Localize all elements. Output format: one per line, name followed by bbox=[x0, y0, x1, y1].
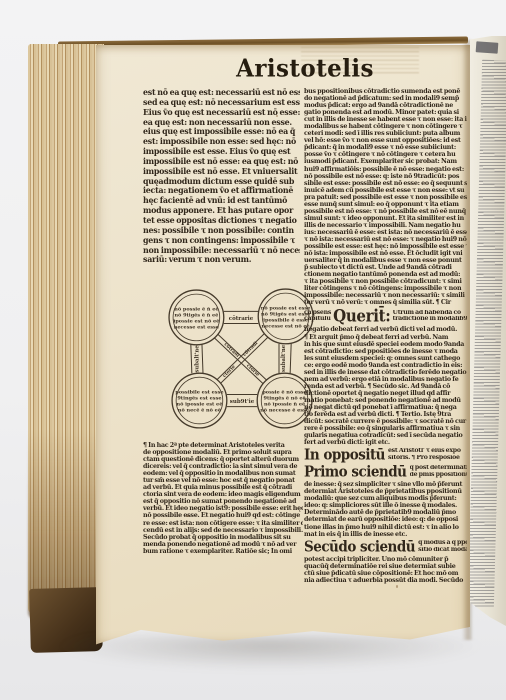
right-column: bus ppositionibus cōtradictio sumenda es… bbox=[304, 88, 467, 584]
text-line: tur sm̄ esse vel nō esse: hoc est q̄ neg… bbox=[143, 477, 303, 484]
photo-background: Aristotelis est nō ea quę est: necessari… bbox=[0, 0, 506, 700]
text-line: mat̄ in eis q̄ in illis de inesse etc. bbox=[304, 531, 467, 538]
text-line: les sunt eiusdem speciei: q: omnes sunt … bbox=[304, 355, 467, 362]
text-line: inuicē adem cū possibile est esse τ non … bbox=[304, 187, 467, 194]
text-line: nes: possibile τ non possibile: contin bbox=[143, 226, 300, 236]
text-line: gatio ponenda est ad modū. Minor patet: … bbox=[304, 109, 467, 116]
text-line: posse v̄o τ cōtingere τ nō cōtingere τ c… bbox=[304, 151, 467, 158]
left-column: est nō ea quę est: necessariū est nō ess… bbox=[143, 88, 300, 265]
label-contradictorie: ctorie bbox=[222, 364, 237, 379]
facing-page-header-fragment bbox=[476, 41, 499, 54]
text-line: possibile est nō esse: τ nō possibile es… bbox=[304, 208, 467, 215]
text-line: sitoris. ¶ Pro respōsiōe bbox=[388, 455, 461, 462]
text-line: gens τ non contingens: impossibile τ bbox=[143, 236, 300, 246]
text-line: pra patuit: sed possibile est esse τ non… bbox=[304, 194, 467, 201]
running-title: Aristotelis bbox=[143, 54, 467, 82]
label-contradictorie: cōtradi bbox=[242, 340, 260, 357]
text-line: liter cōtingens τ nō cōtingens: impossib… bbox=[304, 285, 467, 292]
text-line: Eius v̄o quę est necessariū est nō esse: bbox=[143, 108, 300, 118]
label-contradictorie: ctorie bbox=[245, 363, 260, 378]
book-page: Aristotelis est nō ea quę est: necessari… bbox=[96, 45, 470, 648]
text-line: ca p̄sens bbox=[304, 310, 331, 317]
text-line: modus apponere. Et has putare opor bbox=[143, 206, 300, 216]
text-line: eodem: vel q̄ oppositio in modalibus non… bbox=[143, 470, 303, 477]
left-column-text: est nō ea quę est: necessariū est nō ess… bbox=[143, 88, 300, 265]
circle-text: nō necesse ē esse bbox=[260, 408, 309, 414]
text-line: esse nunq̄ sunt simul: eo q̄ opponunt̄ τ… bbox=[304, 201, 467, 208]
circle-text: necesse est nō eē bbox=[261, 324, 309, 330]
text-line: vel hō: esse v̄o τ non esse sunt opposit… bbox=[304, 137, 467, 144]
text-line: determīat Aristoteles de p̄prietatibus p… bbox=[304, 488, 467, 495]
text-line: possibile est esse: est hęc: nō impossib… bbox=[304, 243, 467, 250]
text-line: hui9 affirmatiōis: possibile ē nō esse: … bbox=[304, 166, 467, 173]
text-line: do negationē ad p̄dicatum: sed in modali… bbox=[304, 95, 467, 102]
text-line: negatio debeat ferri ad verbū dicti vel … bbox=[304, 326, 467, 333]
text-line: potest accipi tripliciter. Uno mō cōmuni… bbox=[304, 556, 467, 563]
text-line: est q̄ oppositio nō sumat̄ ponendo negat… bbox=[143, 498, 303, 505]
text-line: Utrum ad habendā cō bbox=[393, 310, 467, 317]
text-line: nem ad verbū: ergo etiā in modalibus neg… bbox=[304, 376, 467, 383]
secundo-sciendum-heading: Secūdo sciendū q̄ modus a q̄ ppo sitio d… bbox=[304, 539, 467, 555]
text-line: nō possibile esse. Et negatio hui9 qd es… bbox=[143, 512, 303, 519]
text-line: in his que sunt eiusdē speciei eodem mod… bbox=[304, 341, 467, 348]
text-line: sitio dicat̄ modalis bbox=[418, 547, 467, 554]
text-line: dicereis: vel q̄ contradictio: ia sint s… bbox=[143, 463, 303, 470]
text-line: est Aristotl' τ eius expo bbox=[388, 448, 461, 455]
text-line: hęc facientē ad vnū: id est tantūmō bbox=[143, 196, 300, 206]
text-line: p̄ subiecto vt dictū est. Unde ad 9andā … bbox=[304, 264, 467, 271]
subalterne-band-left bbox=[191, 345, 192, 373]
text-line: sibile est esse: possibile est nō esse: … bbox=[304, 180, 467, 187]
book-shadow bbox=[55, 636, 485, 670]
text-line: impossibile est esse. Eius v̄o quę est bbox=[143, 147, 300, 157]
text-line: τ ita possibile τ non possibile cōtradic… bbox=[304, 278, 467, 285]
page-content: Aristotelis est nō ea quę est: necessari… bbox=[143, 55, 467, 615]
quaeritur-side-left: ca p̄sens capitulū bbox=[304, 310, 331, 324]
text-line: modalibus se habent cōtingere τ non cōti… bbox=[304, 123, 467, 130]
text-line: ¶ In hac 2ª pte determinat Aristoteles v… bbox=[143, 442, 303, 449]
label-subalterne-left: subalt'ne bbox=[194, 345, 200, 373]
text-line: tradictionē in modalib9 bbox=[393, 316, 467, 323]
quaeritur-section: ca p̄sens capitulū Querit̄: Utrum ad hab… bbox=[304, 307, 467, 325]
text-line: sed in illis de inesse dat̄ cōtradictio … bbox=[304, 369, 467, 376]
right-column-secundo-text: potest accipi tripliciter. Uno mō cōmuni… bbox=[304, 556, 467, 584]
heading-side-text: est Aristotl' τ eius expo sitoris. ¶ Pro… bbox=[388, 448, 461, 462]
text-line: ctam questionē dicens: q̄ oportet alterū… bbox=[143, 456, 303, 463]
text-line: Secūdo probat q̄ oppositio in modalibus … bbox=[143, 534, 303, 541]
text-line: quacūq̄ determinatiōe rei siue determīat… bbox=[304, 563, 467, 570]
right-column-paragraph-1: bus ppositionibus cōtradictio sumenda es… bbox=[304, 88, 467, 306]
text-line: modus p̄dicat̄: ergo ad 9andā cōtradicti… bbox=[304, 102, 467, 109]
text-line: matio ponebat: sed ponendo negationē ad … bbox=[304, 397, 467, 404]
text-line: capitulū bbox=[304, 316, 331, 323]
text-line: non impossibile: necessariū τ nō neces bbox=[143, 246, 300, 256]
text-line: nō possibile est nō esse: q: iste nō 9tr… bbox=[304, 173, 467, 180]
in-oppositum-heading: In oppositū est Aristotl' τ eius expo si… bbox=[304, 447, 467, 463]
text-line: ctoria sint vera de eodem: ideo magis el… bbox=[143, 491, 303, 498]
text-line: nia adiectiua τ aduerbia possūt dia modi… bbox=[304, 577, 467, 584]
text-line: tio ferēda est ad verbū dicti. ¶ Tertio.… bbox=[304, 411, 467, 418]
text-line: re esse: est ista: non cōtigere esse: τ … bbox=[143, 520, 303, 527]
label-contrarie: cōtrarie bbox=[229, 316, 254, 322]
right-column-arguments: negatio debeat ferri ad verbū dicti vel … bbox=[304, 326, 467, 446]
quaeritur-side-right: Utrum ad habendā cō tradictionē in modal… bbox=[393, 310, 467, 324]
text-line: menda ponendo negationē ad modū τ nō ad … bbox=[143, 541, 303, 548]
quaeritur-initial-word: Querit̄: bbox=[333, 307, 390, 327]
text-line: ceteri modi: sed ī illis res subiiciunt̄… bbox=[304, 130, 467, 137]
text-line: tione illas in p̄mo hui9 nihil dictū est… bbox=[304, 524, 467, 531]
text-line: p̄dicant̄: q̄ in modali9 esse τ nō esse … bbox=[304, 144, 467, 151]
facing-page-text bbox=[468, 60, 506, 608]
text-line: nō ista: impossibile est nō esse. Et ōcl… bbox=[304, 250, 467, 257]
text-line: ea quę est: non necessariū non esse. bbox=[143, 118, 300, 128]
text-line: iusmodi p̄dicant̄. Exemplariter sic prob… bbox=[304, 158, 467, 165]
circle-text: necesse est esse bbox=[174, 325, 219, 331]
primo-sciendum-heading: Primo sciendū q̄ post determinatiōē de p… bbox=[304, 464, 467, 480]
text-line: dicūt: socratē currere ē possibile: τ so… bbox=[304, 418, 467, 425]
text-line: impossibile est nō esse. Et vniuersalit̄ bbox=[143, 167, 300, 177]
heading-word: In oppositū bbox=[304, 446, 385, 464]
text-line: verbū. Et ideo negatio ist9: possibile e… bbox=[143, 505, 303, 512]
text-line: est: impossibile non esse: sed hęc: nō bbox=[143, 137, 300, 147]
text-line: dictionē oportet q̄ negatio neget illud … bbox=[304, 390, 467, 397]
text-line: cut in illis de inesse se habent esse τ … bbox=[304, 116, 467, 123]
text-line: determīat de earū oppositiōe: ideo: q: d… bbox=[304, 516, 467, 523]
text-line: ideo: q: simpliciores sūt ille ō inesse … bbox=[304, 502, 467, 509]
text-line: impossibile: necessariū τ non necessariū… bbox=[304, 292, 467, 299]
square-of-opposition-diagram: cōtrarie sub9t'ie subalt'ne subalt'ne cō… bbox=[153, 286, 329, 436]
text-line: iecta: negationem v̄o et affirmationē bbox=[143, 186, 300, 196]
text-line: uersaliter q̄ in modalibus esse τ non es… bbox=[304, 257, 467, 264]
text-line: impossibile est nō esse: ea quę est: nō bbox=[143, 157, 300, 167]
text-line: simul sunt: τ ideo opponunt̄. Et ita sim… bbox=[304, 215, 467, 222]
heading-word: Primo sciendū bbox=[304, 463, 407, 481]
text-line: sed ea quę est: nō necessarium est esse. bbox=[143, 98, 300, 108]
text-line: ce: ergo eodē modo 9anda est contradicti… bbox=[304, 362, 467, 369]
heading-side-text: q̄ post determinatiōē de p̄mis pposition… bbox=[410, 465, 468, 479]
text-line: illis de necessario τ impossibili. Nam n… bbox=[304, 222, 467, 229]
text-line: eius quę est impossibile esse: nō ea q̄ bbox=[143, 127, 300, 137]
text-line: de p̄mis ppositionū bbox=[410, 472, 468, 479]
text-line: modaliū: que sez cum aliquibus modis p̄f… bbox=[304, 495, 467, 502]
text-line: ctionem negatio tantūmō ponenda est ad m… bbox=[304, 271, 467, 278]
text-line: gularis negatiua cotradicūt: sed ī secūd… bbox=[304, 432, 467, 439]
facing-page bbox=[470, 36, 506, 626]
text-line: est nō ea quę est: necessariū est nō ess… bbox=[143, 88, 300, 98]
text-line: q̄ modus a q̄ ppo bbox=[418, 540, 467, 547]
label-subcontrarie: sub9t'ie bbox=[230, 399, 255, 405]
text-line: cendū est in alijs: sed de necessario τ … bbox=[143, 527, 303, 534]
text-line: ¶ Et arguit̄ p̄mo q̄ debeat ferri ad ver… bbox=[304, 334, 467, 341]
text-line: ius: necessariū ē esse: est ista: nō nec… bbox=[304, 229, 467, 236]
label-subalterne-right: subalt'ne bbox=[281, 344, 287, 372]
text-line: renda est ad verbū. ¶ Secūdo sic. Ad 9an… bbox=[304, 383, 467, 390]
text-line: ad verbū. Et quia minus possibile est q̄… bbox=[143, 484, 303, 491]
text-line: bum ratione τ exemplariter. Ratiōe sic; … bbox=[143, 548, 303, 555]
subalterne-band-left bbox=[202, 345, 203, 373]
text-line: sariū: verum τ non verum. bbox=[143, 255, 300, 265]
text-line: nō negat̄ dictū qd ponebat̄ ī affirmatiu… bbox=[304, 404, 467, 411]
text-line: de oppositione modaliū. Et primo soluit … bbox=[143, 449, 303, 456]
right-column-primo-text: de inesse: q̄ sez simpliciter τ sine vll… bbox=[304, 481, 467, 537]
text-line: quęadmodum dictum esse quidē sub bbox=[143, 177, 300, 187]
heading-side-text: q̄ modus a q̄ ppo sitio dicat̄ modalis bbox=[418, 540, 467, 554]
label-contradictorie: cōtradi bbox=[223, 342, 241, 359]
text-line: τ nō ista: necessariū est nō esse: τ neg… bbox=[304, 236, 467, 243]
heading-word: Secūdo sciendū bbox=[304, 538, 415, 556]
text-line: bus ppositionibus cōtradictio sumenda es… bbox=[304, 88, 467, 95]
text-line: de inesse: q̄ sez simpliciter τ sine vll… bbox=[304, 481, 467, 488]
text-line: Determinādo autē de p̄prietatib9 modaliū… bbox=[304, 509, 467, 516]
text-line: q̄ post determinatiōē bbox=[410, 465, 468, 472]
text-line: tet esse oppositas dictiones τ negatio bbox=[143, 216, 300, 226]
circle-text: nō necē ē nō eē bbox=[178, 408, 221, 414]
subalterne-band-right bbox=[290, 344, 291, 373]
text-line: rere ē possibile: eo q̄ singularis affir… bbox=[304, 425, 467, 432]
left-column-commentary: ¶ In hac 2ª pte determinat Aristoteles v… bbox=[143, 442, 303, 555]
text-line: ctū siue p̄dicatū siue cōpositionē: Et h… bbox=[304, 570, 467, 577]
text-line: est cōtradictio: sed ppositiōes de iness… bbox=[304, 348, 467, 355]
